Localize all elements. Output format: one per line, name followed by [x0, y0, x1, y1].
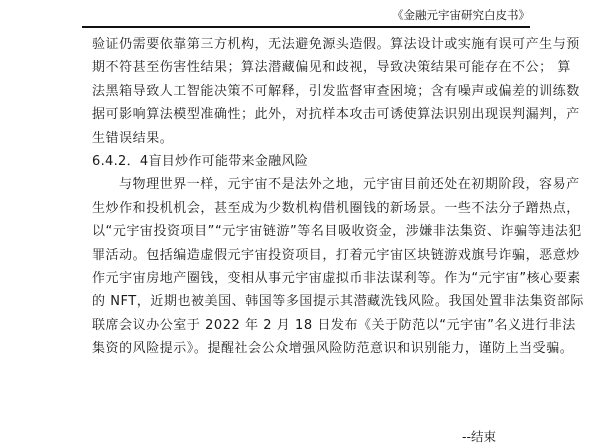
paragraph-line: 罪活动。包括编造虚假元宇宙投资项目，打着元宇宙区块链游戏旗号诈骗，恶意炒	[92, 244, 532, 267]
paragraph-line: 生炒作和投机机会，甚至成为少数机构借机圈钱的新场景。一些不法分子蹭热点，	[92, 197, 532, 220]
paragraph-line: 据可影响算法模型准确性；此外，对抗样本攻击可诱使算法识别出现误判漏判，产	[92, 103, 532, 126]
paragraph-line: 与物理世界一样，元宇宙不是法外之地，元宇宙目前还处在初期阶段，容易产	[92, 173, 532, 196]
section-heading: 6.4.2．4盲目炒作可能带来金融风险	[92, 150, 532, 173]
document-body: 验证仍需要依靠第三方机构，无法避免源头造假。算法设计或实施有误可产生与预 期不符…	[92, 33, 532, 360]
paragraph-line: 生错误结果。	[92, 127, 532, 150]
paragraph-line: 以“元宇宙投资项目”“元宇宙链游”等名目吸收资金，涉嫌非法集资、诈骗等违法犯	[92, 220, 532, 243]
paragraph-line: 验证仍需要依靠第三方机构，无法避免源头造假。算法设计或实施有误可产生与预	[92, 33, 532, 56]
document-header-title: 《金融元宇宙研究白皮书》	[82, 4, 530, 26]
paragraph-line: 的 NFT，近期也被美国、韩国等多国提示其潜藏洗钱风险。我国处置非法集资部际	[92, 290, 532, 313]
header-divider	[82, 26, 530, 28]
paragraph-line: 集资的风险提示》。提醒社会公众增强风险防范意识和识别能力，谨防上当受骗。	[92, 337, 532, 360]
paragraph-line: 法黑箱导致人工智能决策不可解释，引发监督审查困境；含有噪声或偏差的训练数	[92, 80, 532, 103]
paragraph-line: 期不符甚至伤害性结果；算法潜藏偏见和歧视，导致决策结果可能存在不公； 算	[92, 56, 532, 79]
paragraph-line: 联席会议办公室于 2022 年 2 月 18 日发布《关于防范以“元宇宙”名义进…	[92, 314, 532, 337]
end-marker: --结束	[462, 428, 496, 446]
paragraph-line: 作元宇宙房地产圈钱，变相从事元宇宙虚拟币非法谋利等。作为“元宇宙”核心要素	[92, 267, 532, 290]
